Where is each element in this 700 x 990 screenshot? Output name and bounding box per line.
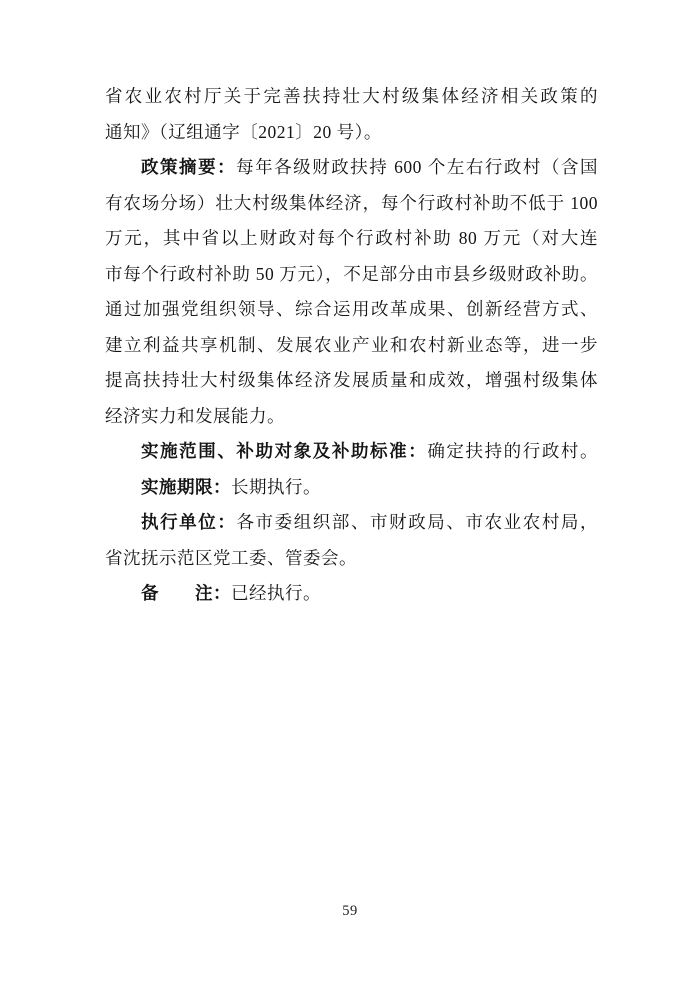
text-line: 实施范围、补助对象及补助标准：确定扶持的行政村。 — [105, 434, 598, 470]
line-text: 有农场分场）壮大村级集体经济，每个行政村补助不低于 100 — [105, 193, 598, 213]
line-text: 长期执行。 — [231, 477, 321, 497]
text-line: 提高扶持壮大村级集体经济发展质量和成效，增强村级集体 — [105, 363, 598, 399]
text-line: 实施期限：长期执行。 — [105, 470, 598, 506]
line-text: 通知》（辽组通字〔2021〕20 号）。 — [105, 122, 382, 142]
text-line: 省农业农村厅关于完善扶持壮大村级集体经济相关政策的 — [105, 79, 598, 115]
line-text: 建立利益共享机制、发展农业产业和农村新业态等，进一步 — [105, 335, 598, 355]
document-page: 省农业农村厅关于完善扶持壮大村级集体经济相关政策的 通知》（辽组通字〔2021〕… — [0, 0, 700, 990]
text-line: 市每个行政村补助 50 万元），不足部分由市县乡级财政补助。 — [105, 257, 598, 293]
text-line: 政策摘要：每年各级财政扶持 600 个左右行政村（含国 — [105, 150, 598, 186]
line-text: 各市委组织部、市财政局、市农业农村局， — [236, 512, 598, 532]
line-text: 万元，其中省以上财政对每个行政村补助 80 万元（对大连 — [105, 228, 598, 248]
bold-label: 实施范围、补助对象及补助标准： — [141, 441, 427, 461]
bold-label: 实施期限： — [141, 477, 231, 497]
line-text: 通过加强党组织领导、综合运用改革成果、创新经营方式、 — [105, 299, 598, 319]
bold-label: 政策摘要： — [141, 157, 236, 177]
text-line: 通知》（辽组通字〔2021〕20 号）。 — [105, 115, 598, 151]
text-line: 执行单位：各市委组织部、市财政局、市农业农村局， — [105, 505, 598, 541]
bold-label: 备 注： — [141, 583, 231, 603]
text-line: 备 注：已经执行。 — [105, 576, 598, 612]
line-text: 提高扶持壮大村级集体经济发展质量和成效，增强村级集体 — [105, 370, 598, 390]
text-block: 省农业农村厅关于完善扶持壮大村级集体经济相关政策的 通知》（辽组通字〔2021〕… — [105, 79, 598, 612]
text-line: 万元，其中省以上财政对每个行政村补助 80 万元（对大连 — [105, 221, 598, 257]
text-line: 有农场分场）壮大村级集体经济，每个行政村补助不低于 100 — [105, 186, 598, 222]
bold-label: 执行单位： — [141, 512, 236, 532]
line-text: 经济实力和发展能力。 — [105, 406, 285, 426]
line-text: 已经执行。 — [231, 583, 321, 603]
line-text: 市每个行政村补助 50 万元），不足部分由市县乡级财政补助。 — [105, 264, 598, 284]
text-line: 省沈抚示范区党工委、管委会。 — [105, 541, 598, 577]
line-text: 确定扶持的行政村。 — [427, 441, 598, 461]
page-number: 59 — [0, 903, 700, 920]
line-text: 每年各级财政扶持 600 个左右行政村（含国 — [236, 157, 598, 177]
text-line: 通过加强党组织领导、综合运用改革成果、创新经营方式、 — [105, 292, 598, 328]
line-text: 省农业农村厅关于完善扶持壮大村级集体经济相关政策的 — [105, 86, 598, 106]
text-line: 经济实力和发展能力。 — [105, 399, 598, 435]
text-line: 建立利益共享机制、发展农业产业和农村新业态等，进一步 — [105, 328, 598, 364]
line-text: 省沈抚示范区党工委、管委会。 — [105, 548, 357, 568]
